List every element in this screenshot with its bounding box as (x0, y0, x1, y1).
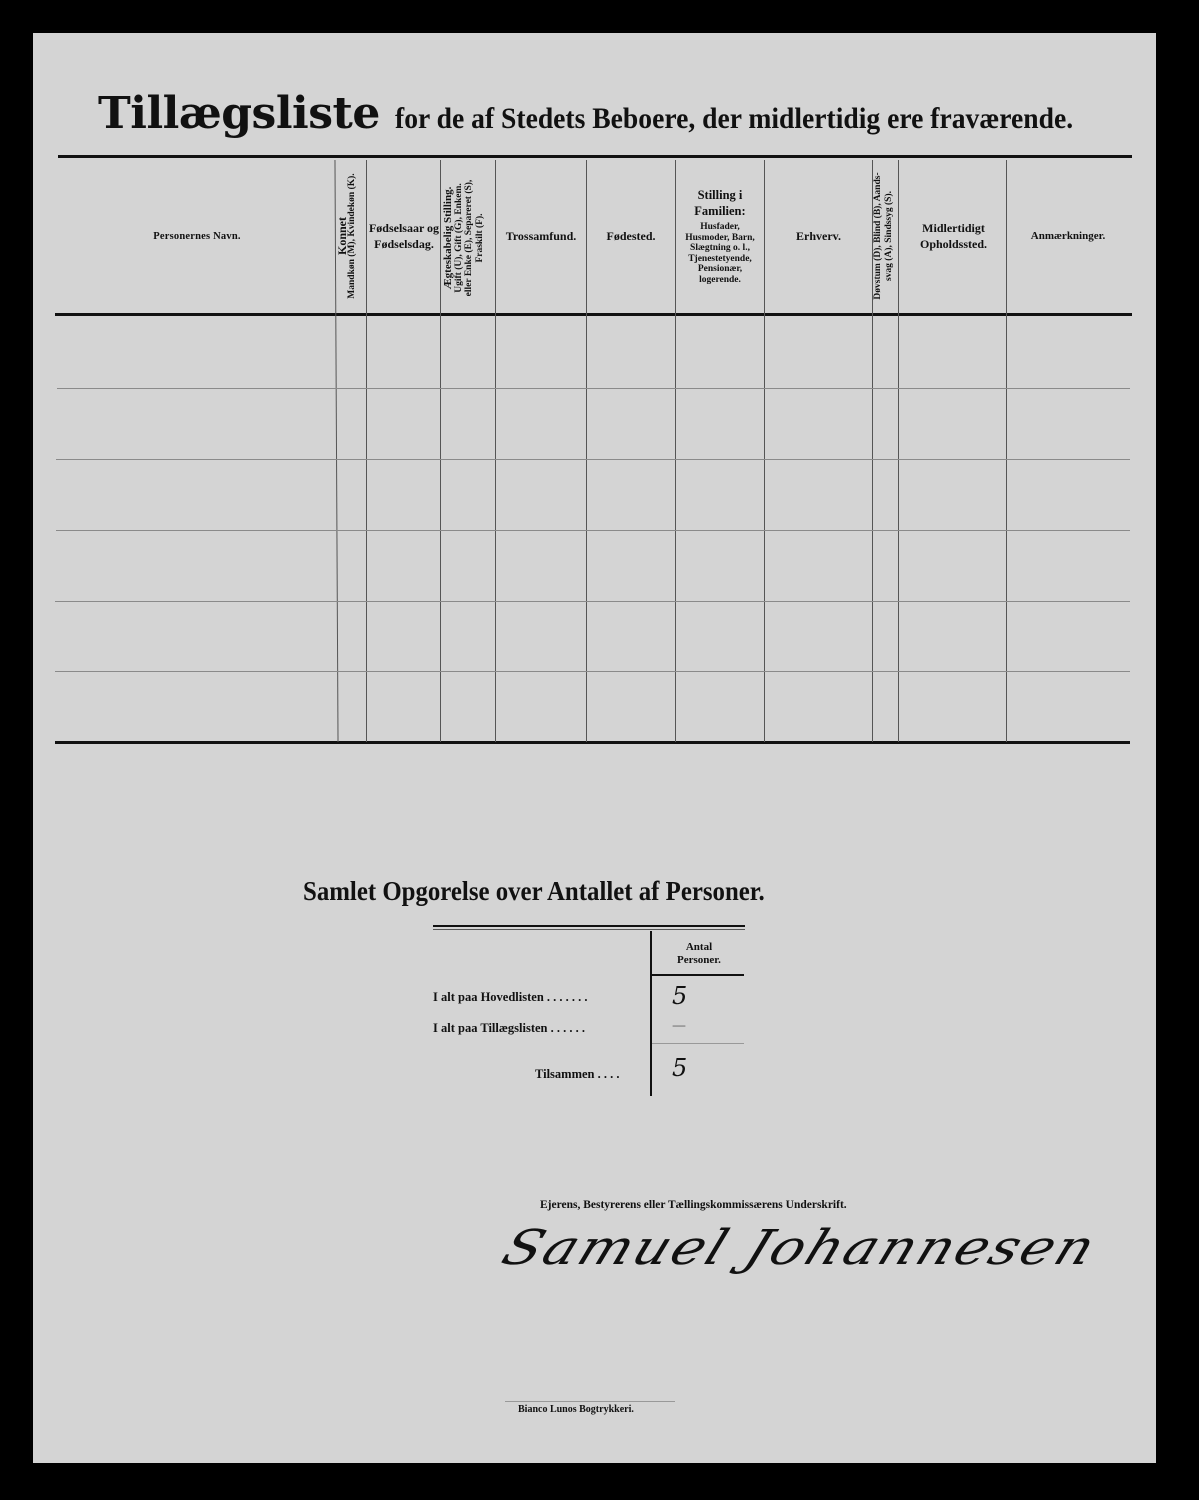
summary-value-tilsammen: 5 (672, 1054, 687, 1082)
printer-imprint: Bianco Lunos Bogtrykkeri. (518, 1404, 634, 1415)
col-sep (366, 160, 367, 742)
summary-col-header-l1: Antal (686, 941, 712, 954)
header-aegteskab-l2: Ugift (U), Gift (G), Enkem. (454, 163, 465, 313)
header-kjonnet: Konnet Mandkøn (M), Kvindekøn (K). (337, 161, 365, 311)
header-opholdssted: Midlertidigt Opholdssted. (906, 160, 1001, 312)
summary-header-rule (652, 974, 744, 976)
col-sep (675, 160, 676, 742)
summary-column-header: Antal Personer. (654, 934, 744, 974)
row-line (57, 388, 1130, 389)
header-fodsel: Fødselsaar og Fødselsdag. (368, 160, 440, 312)
header-opholdssted-label: Midlertidigt Opholdssted. (906, 220, 1001, 252)
col-sep (898, 160, 899, 742)
header-stilling: Stilling i Familien: Husfader, Husmoder,… (678, 180, 762, 292)
summary-top-rule-2 (433, 929, 745, 930)
summary-title: Samlet Opgorelse over Antallet af Person… (303, 876, 765, 907)
signature-handwritten: Samuel Johannesen (495, 1220, 1106, 1276)
summary-label-tilsammen: Tilsammen . . . . (535, 1067, 620, 1082)
header-aegteskab: Ægteskabelig Stilling. Ugift (U), Gift (… (443, 163, 491, 313)
title-main: Tillægsliste (98, 88, 380, 139)
header-dovstum-l1: Døvstum (D), Blind (B), Aands- (873, 161, 884, 311)
summary-value-hovedlisten: 5 (672, 982, 687, 1010)
table-top-rule (58, 155, 1132, 158)
header-stilling-title: Stilling i Familien: (685, 187, 755, 219)
col-sep (1006, 160, 1007, 742)
header-kjonnet-title: Konnet (337, 161, 347, 311)
header-navn-label: Personernes Navn. (153, 230, 240, 243)
header-aegteskab-title: Ægteskabelig Stilling. (443, 163, 454, 313)
title-emphasis: fraværende. (930, 102, 1073, 135)
form-title: Tillægsliste for de af Stedets Beboere, … (98, 88, 1132, 139)
header-tros-label: Trossamfund. (506, 230, 577, 243)
header-tros: Trossamfund. (496, 160, 586, 312)
summary-label-hovedlisten: I alt paa Hovedlisten . . . . . . . (433, 990, 588, 1005)
header-kjonnet-sub: Mandkøn (M), Kvindekøn (K). (347, 161, 357, 311)
printer-rule (505, 1401, 675, 1402)
header-stilling-sub: Husfader, Husmoder, Barn, Slægtning o. l… (678, 222, 762, 285)
header-erhverv-label: Erhverv. (796, 230, 841, 243)
row-line (55, 671, 1130, 672)
header-aegteskab-l4: Fraskilt (F). (475, 163, 486, 313)
title-rest-text: for de af Stedets Beboere, der midlertid… (395, 102, 923, 135)
header-aegteskab-l3: eller Enke (E), Separeret (S), (464, 163, 475, 313)
header-anm-label: Anmærkninger. (1031, 230, 1105, 243)
header-navn: Personernes Navn. (60, 160, 334, 312)
summary-value-tillaegslisten: — (672, 1018, 686, 1034)
row-line (56, 530, 1130, 531)
summary-label-tillaegslisten: I alt paa Tillægslisten . . . . . . (433, 1021, 585, 1036)
header-fodested-label: Fødested. (607, 230, 656, 243)
summary-col-header-l2: Personer. (677, 954, 721, 967)
row-line (55, 601, 1130, 602)
header-dovstum: Døvstum (D), Blind (B), Aands- svag (A),… (873, 161, 897, 311)
header-fodsel-label: Fødselsaar og Fødselsdag. (368, 220, 440, 252)
col-sep (440, 160, 441, 742)
table-bottom-rule (55, 741, 1130, 744)
row-line (56, 459, 1130, 460)
header-fodested: Fødested. (587, 160, 675, 312)
header-bottom-rule (55, 313, 1132, 316)
summary-top-rule (433, 925, 745, 927)
header-anm: Anmærkninger. (1008, 160, 1128, 312)
title-subtitle: for de af Stedets Beboere, der midlertid… (395, 102, 1073, 136)
summary-subtotal-rule (652, 1043, 744, 1044)
header-erhverv: Erhverv. (765, 160, 872, 312)
summary-column-divider (650, 931, 652, 1096)
signature-caption: Ejerens, Bestyrerens eller Tællingskommi… (540, 1199, 847, 1211)
header-dovstum-l2: svag (A), Sindssyg (S). (884, 161, 895, 311)
